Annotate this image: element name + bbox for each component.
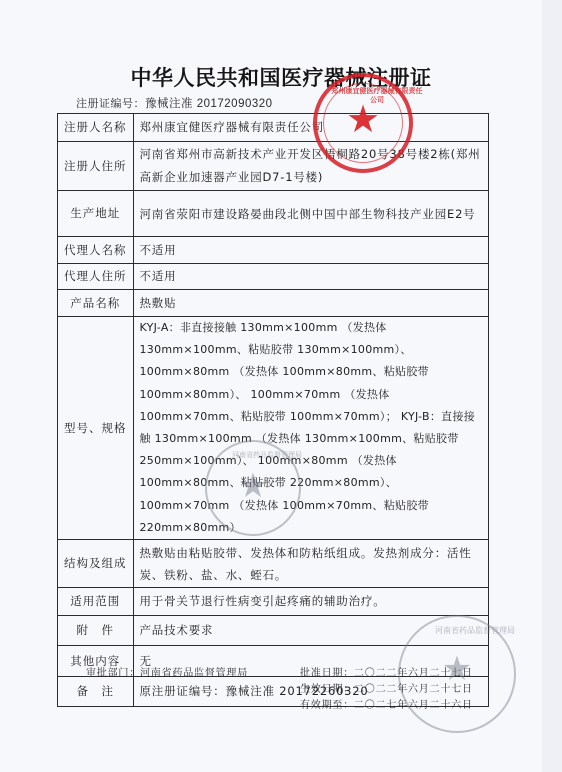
table-row-registrant-name: 注册人名称 郑州康宜健医疗器械有限责任公司 (58, 114, 489, 142)
effective-date: 生效日期：二〇二二年六月二十七日 (300, 680, 473, 695)
row-label: 代理人住所 (58, 264, 134, 290)
document-title: 中华人民共和国医疗器械注册证 (0, 62, 562, 92)
row-value: 不适用 (133, 237, 489, 264)
table-row-production-address: 生产地址 河南省荥阳市建设路晏曲段北侧中国中部生物科技产业园E2号 (58, 191, 489, 237)
approval-department: 审批部门：河南省药品监督管理局 (86, 664, 248, 679)
row-label: 结构及组成 (58, 540, 134, 588)
row-value: 河南省荥阳市建设路晏曲段北侧中国中部生物科技产业园E2号 (133, 191, 489, 237)
row-value: KYJ-A：非直接接触 130mm×100mm （发热体 130mm×100mm… (133, 317, 489, 540)
row-value: 河南省郑州市高新技术产业开发区悟桐路20号38号楼2栋(郑州高新企业加速器产业园… (133, 142, 489, 191)
registration-number-value: 豫械注准 20172090320 (145, 98, 273, 110)
valid-until-date: 有效期至：二〇二七年六月二十六日 (300, 696, 473, 711)
row-value: 郑州康宜健医疗器械有限责任公司 (133, 114, 489, 142)
row-value: 不适用 (133, 264, 489, 290)
row-label: 产品名称 (58, 290, 134, 317)
row-label: 注册人名称 (58, 114, 134, 142)
table-row-agent-address: 代理人住所 不适用 (58, 264, 489, 290)
registration-number-label: 注册证编号： (76, 97, 145, 110)
table-row-structure: 结构及组成 热敷贴由粘贴胶带、发热体和防粘纸组成。发热剂成分：活性炭、铁粉、盐、… (58, 540, 489, 588)
page-edge-shadow (542, 0, 562, 772)
row-value: 热敷贴 (133, 290, 489, 317)
table-row-registrant-address: 注册人住所 河南省郑州市高新技术产业开发区悟桐路20号38号楼2栋(郑州高新企业… (58, 142, 489, 191)
row-value: 用于骨关节退行性病变引起疼痛的辅助治疗。 (133, 588, 489, 616)
table-row-agent-name: 代理人名称 不适用 (58, 237, 489, 264)
table-row-attachment: 附 件 产品技术要求 (58, 616, 489, 646)
row-value: 热敷贴由粘贴胶带、发热体和防粘纸组成。发热剂成分：活性炭、铁粉、盐、水、蛭石。 (133, 540, 489, 588)
row-value: 产品技术要求 (133, 616, 489, 646)
row-label: 代理人名称 (58, 237, 134, 264)
row-label: 备 注 (58, 677, 134, 707)
approval-date: 批准日期：二〇二二年六月二十七日 (300, 664, 473, 679)
registration-number: 注册证编号：豫械注准 20172090320 (76, 95, 273, 111)
row-label: 型号、规格 (58, 317, 134, 540)
certificate-table: 注册人名称 郑州康宜健医疗器械有限责任公司 注册人住所 河南省郑州市高新技术产业… (57, 113, 489, 707)
table-row-scope: 适用范围 用于骨关节退行性病变引起疼痛的辅助治疗。 (58, 588, 489, 616)
row-label: 生产地址 (58, 191, 134, 237)
row-label: 附 件 (58, 616, 134, 646)
row-label: 注册人住所 (58, 142, 134, 191)
table-row-model-spec: 型号、规格 KYJ-A：非直接接触 130mm×100mm （发热体 130mm… (58, 317, 489, 540)
table-row-product-name: 产品名称 热敷贴 (58, 290, 489, 317)
row-label: 适用范围 (58, 588, 134, 616)
